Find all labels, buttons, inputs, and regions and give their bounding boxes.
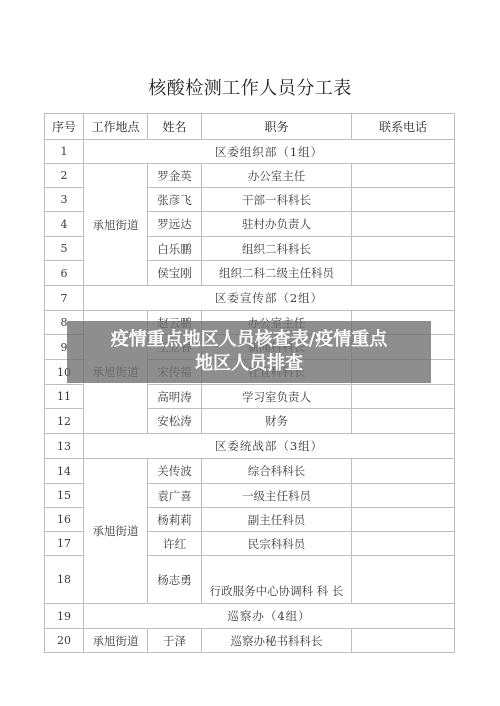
table-row: 20 承旭街道 于泽 巡察办秘书科科长 bbox=[45, 629, 455, 653]
staff-assignment-table: 序号 工作地点 姓名 职务 联系电话 1 区委组织部（1组） 2 承旭街道 罗金… bbox=[44, 113, 455, 653]
phone-cell bbox=[352, 556, 455, 604]
title-overlay-banner: 疫情重点地区人员核查表/疫情重点 地区人员排查 bbox=[67, 321, 431, 383]
phone-cell bbox=[352, 385, 455, 409]
duty-cell: 民宗科科员 bbox=[202, 532, 352, 556]
duty-cell: 组织二科科长 bbox=[202, 237, 352, 261]
row-no: 15 bbox=[45, 484, 84, 508]
row-no: 12 bbox=[45, 409, 84, 434]
name-cell: 罗远达 bbox=[148, 212, 202, 237]
location-cell: 承旭街道 bbox=[84, 164, 148, 286]
location-cell: 承旭街道 bbox=[84, 629, 148, 653]
table-row: 14 承旭街道 关传波 综合科科长 bbox=[45, 459, 455, 484]
phone-cell bbox=[352, 409, 455, 434]
location-cell: 承旭街道 bbox=[84, 459, 148, 604]
row-no: 20 bbox=[45, 629, 84, 653]
phone-cell bbox=[352, 484, 455, 508]
phone-cell bbox=[352, 212, 455, 237]
banner-line-1: 疫情重点地区人员核查表/疫情重点 bbox=[67, 328, 431, 352]
duty-cell: 副主任科员 bbox=[202, 508, 352, 532]
row-no: 7 bbox=[45, 286, 84, 311]
name-cell: 张彦飞 bbox=[148, 188, 202, 212]
row-no: 18 bbox=[45, 556, 84, 604]
dept-label: 区委统战部（3组） bbox=[84, 434, 455, 459]
phone-cell bbox=[352, 237, 455, 261]
dept-row: 19 巡察办（4组） bbox=[45, 604, 455, 629]
phone-cell bbox=[352, 459, 455, 484]
dept-row: 13 区委统战部（3组） bbox=[45, 434, 455, 459]
header-no: 序号 bbox=[45, 114, 84, 140]
row-no: 5 bbox=[45, 237, 84, 261]
duty-cell: 驻村办负责人 bbox=[202, 212, 352, 237]
row-no: 16 bbox=[45, 508, 84, 532]
dept-label: 巡察办（4组） bbox=[84, 604, 455, 629]
phone-cell bbox=[352, 188, 455, 212]
header-duty: 职务 bbox=[202, 114, 352, 140]
dept-row: 7 区委宣传部（2组） bbox=[45, 286, 455, 311]
duty-cell: 办公室主任 bbox=[202, 164, 352, 188]
duty-cell: 干部一科科长 bbox=[202, 188, 352, 212]
name-cell: 罗金英 bbox=[148, 164, 202, 188]
phone-cell bbox=[352, 508, 455, 532]
name-cell: 白乐鹏 bbox=[148, 237, 202, 261]
duty-cell: 行政服务中心协调科 科 长 bbox=[202, 556, 352, 604]
row-no: 2 bbox=[45, 164, 84, 188]
duty-cell: 学习室负责人 bbox=[202, 385, 352, 409]
dept-row: 1 区委组织部（1组） bbox=[45, 140, 455, 164]
duty-cell: 组织二科二级主任科员 bbox=[202, 261, 352, 286]
phone-cell bbox=[352, 261, 455, 286]
duty-cell: 一级主任科员 bbox=[202, 484, 352, 508]
phone-cell bbox=[352, 629, 455, 653]
row-no: 11 bbox=[45, 385, 84, 409]
duty-cell: 财务 bbox=[202, 409, 352, 434]
dept-label: 区委组织部（1组） bbox=[84, 140, 455, 164]
row-no: 19 bbox=[45, 604, 84, 629]
phone-cell bbox=[352, 164, 455, 188]
table-header-row: 序号 工作地点 姓名 职务 联系电话 bbox=[45, 114, 455, 140]
duty-cell: 综合科科长 bbox=[202, 459, 352, 484]
name-cell: 杨莉莉 bbox=[148, 508, 202, 532]
row-no: 6 bbox=[45, 261, 84, 286]
name-cell: 关传波 bbox=[148, 459, 202, 484]
name-cell: 侯宝刚 bbox=[148, 261, 202, 286]
row-no: 14 bbox=[45, 459, 84, 484]
name-cell: 许红 bbox=[148, 532, 202, 556]
row-no: 13 bbox=[45, 434, 84, 459]
row-no: 17 bbox=[45, 532, 84, 556]
document-title: 核酸检测工作人员分工表 bbox=[0, 74, 500, 100]
table-row: 2 承旭街道 罗金英 办公室主任 bbox=[45, 164, 455, 188]
name-cell: 安松涛 bbox=[148, 409, 202, 434]
dept-label: 区委宣传部（2组） bbox=[84, 286, 455, 311]
banner-line-2: 地区人员排查 bbox=[67, 352, 431, 376]
name-cell: 于泽 bbox=[148, 629, 202, 653]
header-phone: 联系电话 bbox=[352, 114, 455, 140]
duty-cell: 巡察办秘书科科长 bbox=[202, 629, 352, 653]
row-no: 3 bbox=[45, 188, 84, 212]
name-cell: 高明涛 bbox=[148, 385, 202, 409]
row-no: 4 bbox=[45, 212, 84, 237]
row-no: 1 bbox=[45, 140, 84, 164]
header-name: 姓名 bbox=[148, 114, 202, 140]
name-cell: 杨志勇 bbox=[148, 556, 202, 604]
phone-cell bbox=[352, 532, 455, 556]
name-cell: 袁广喜 bbox=[148, 484, 202, 508]
header-location: 工作地点 bbox=[84, 114, 148, 140]
